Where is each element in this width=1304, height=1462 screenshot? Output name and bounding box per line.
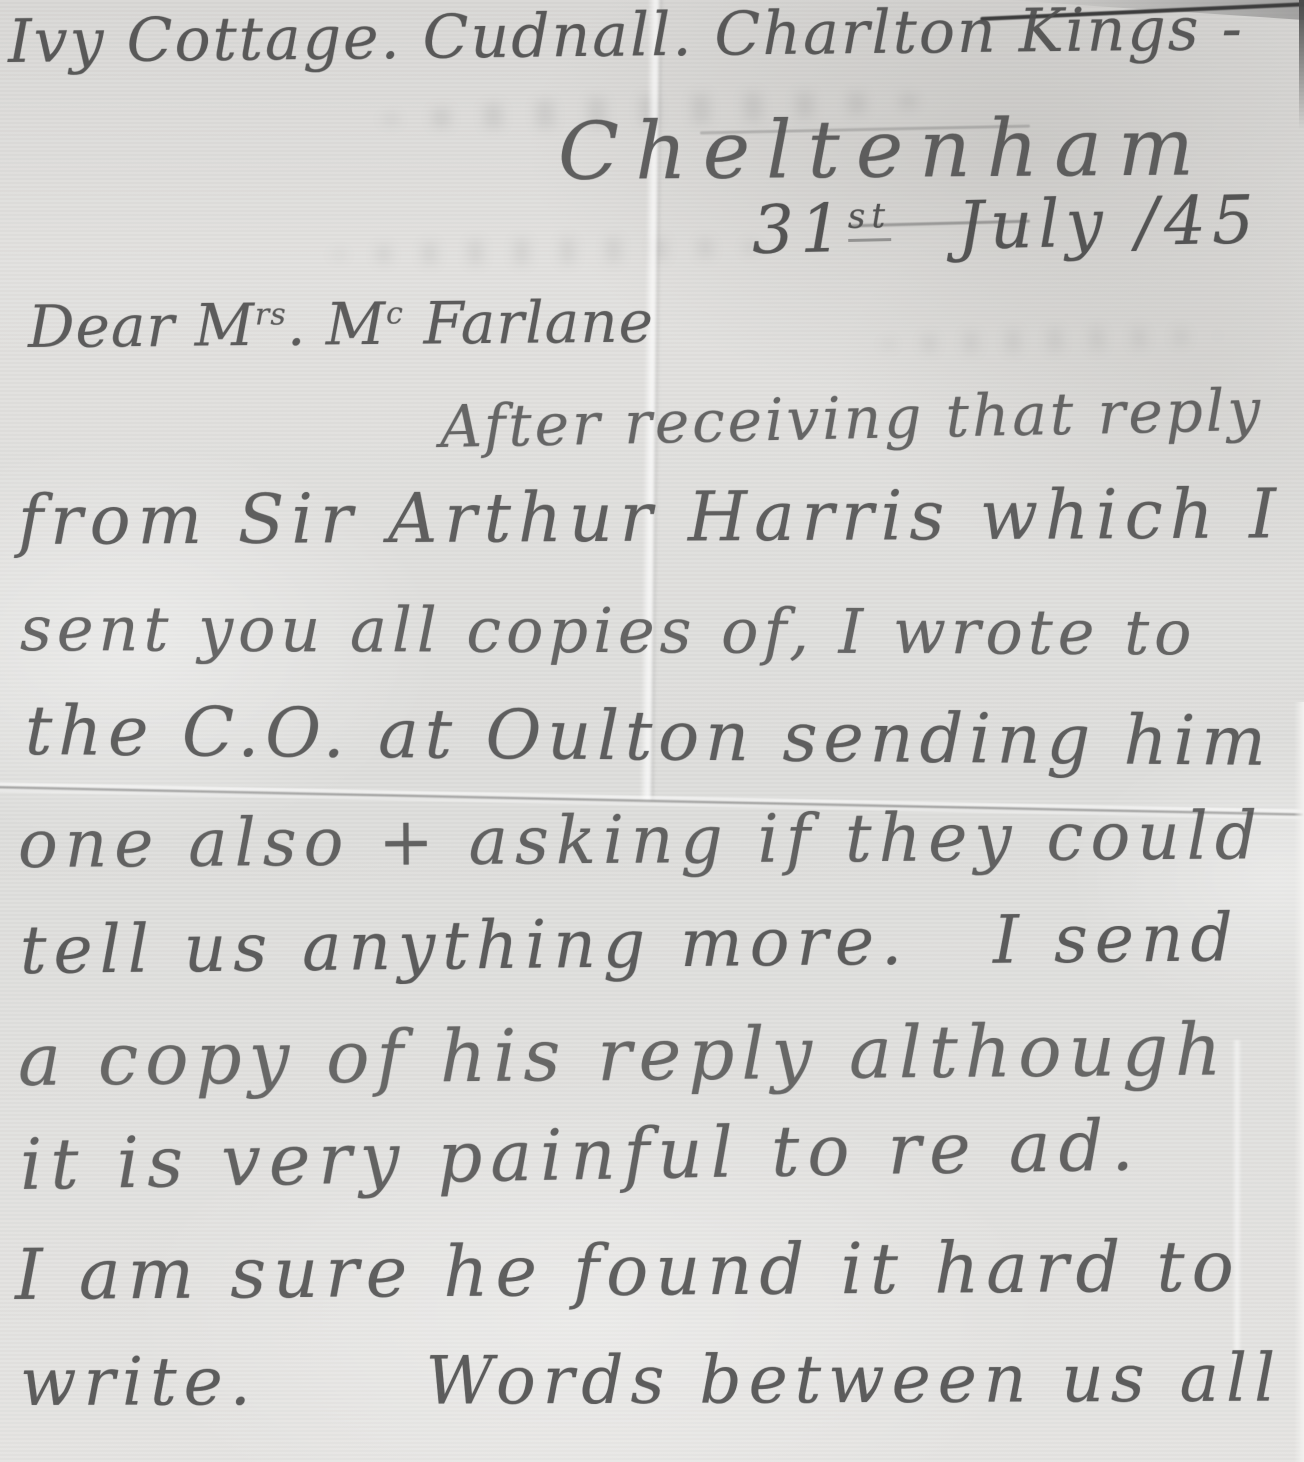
- city-line: Cheltenham: [558, 107, 1210, 192]
- body-line-1: After receiving that reply: [439, 381, 1263, 456]
- show-through-smudge: [880, 324, 1221, 357]
- salutation-text: Dear M: [28, 291, 256, 361]
- show-through-smudge: [330, 234, 770, 268]
- address-line: Ivy Cottage. Cudnall. Charlton Kings -: [8, 0, 1244, 72]
- salutation-superscript: rs: [255, 297, 287, 332]
- scan-edge-right: [1299, 0, 1304, 130]
- vertical-fold-crease: [1232, 1040, 1242, 1370]
- body-line-9: I am sure he found it hard to: [15, 1231, 1241, 1310]
- salutation-text: . M: [287, 290, 387, 359]
- letter-page: Ivy Cottage. Cudnall. Charlton Kings - C…: [0, 0, 1304, 1462]
- salutation-line: Dear Mrs. Mc Farlane: [28, 293, 654, 356]
- date-day: 31: [751, 190, 849, 269]
- paper-edge-right: [1294, 702, 1304, 1462]
- date-line: 31stJuly /45: [751, 187, 1260, 264]
- date-month-year: July /45: [957, 181, 1261, 264]
- body-line-4: the C.O. at Oulton sending him: [25, 698, 1272, 777]
- body-line-7: a copy of his reply although: [18, 1013, 1229, 1096]
- date-ordinal: st: [847, 196, 891, 242]
- salutation-text: Farlane: [404, 288, 654, 358]
- body-line-6: tell us anything more. I send: [20, 905, 1240, 984]
- date-gap: [892, 249, 958, 250]
- salutation-superscript: c: [386, 296, 404, 331]
- body-line-2: from Sir Arthur Harris which I: [18, 481, 1283, 556]
- body-line-3: sent you all copies of, I wrote to: [20, 598, 1197, 664]
- body-line-5: one also + asking if they could: [18, 803, 1265, 878]
- body-line-10: write. Words between us all: [20, 1346, 1282, 1416]
- body-line-8: it is very painful to re ad.: [19, 1110, 1142, 1200]
